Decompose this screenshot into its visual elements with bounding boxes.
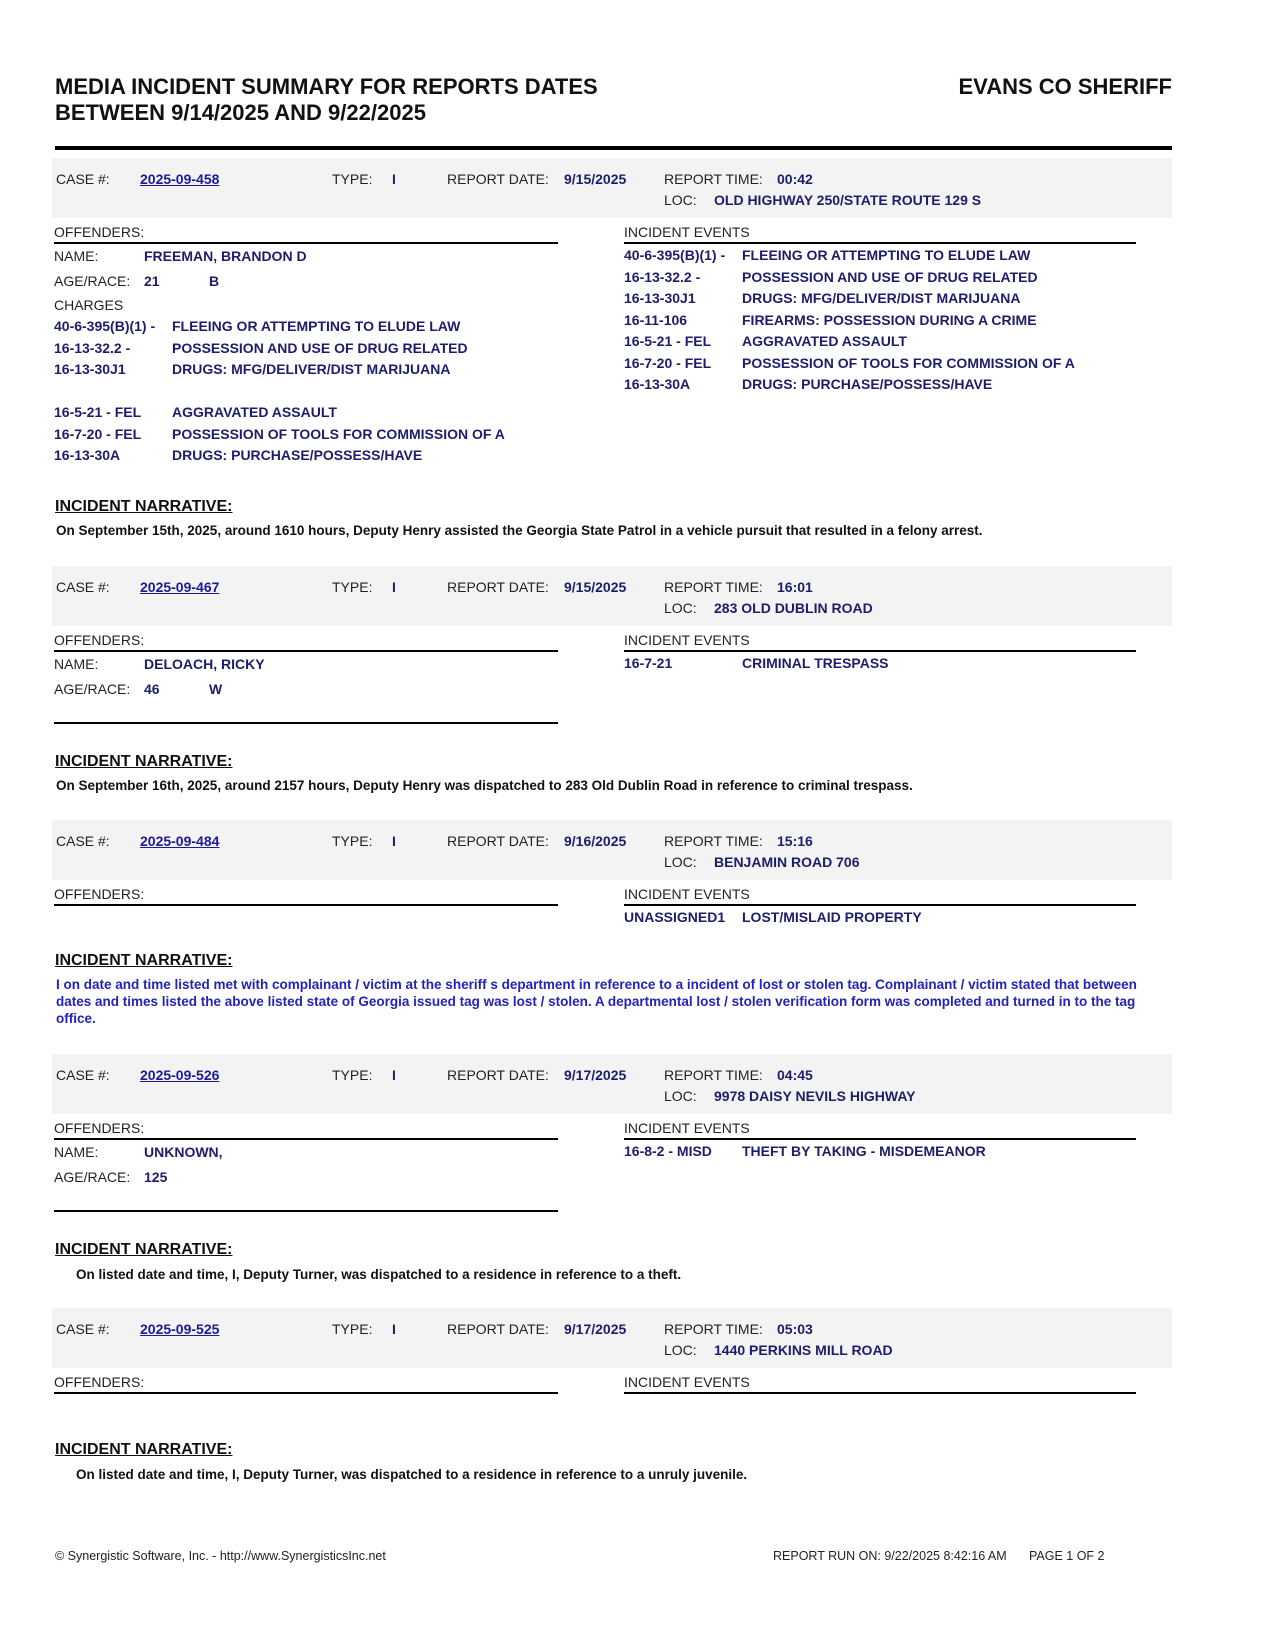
statute-code: 16-8-2 - MISD (624, 1141, 712, 1163)
statute-code: 16-13-30A (54, 445, 120, 467)
report-date-value: 9/16/2025 (564, 833, 626, 849)
report-date-label: REPORT DATE: (447, 833, 549, 849)
list-item: 16-13-30ADRUGS: PURCHASE/POSSESS/HAVE (624, 374, 1136, 396)
offender-race: W (209, 678, 222, 700)
offenders-end-rule (54, 722, 558, 724)
list-item: 16-7-20 - FELPOSSESSION OF TOOLS FOR COM… (54, 424, 558, 446)
offenders-section: OFFENDERS: (54, 884, 558, 906)
offense-description: CRIMINAL TRESPASS (742, 653, 889, 675)
offenders-label: OFFENDERS: (54, 884, 558, 906)
case-header: CASE #: 2025-09-467 TYPE: I REPORT DATE:… (52, 566, 1172, 626)
statute-code: 16-7-21 (624, 653, 672, 675)
report-date-label: REPORT DATE: (447, 1321, 549, 1337)
statute-code: 16-13-32.2 - (54, 338, 130, 360)
name-label: NAME: (54, 1141, 98, 1163)
name-label: NAME: (54, 245, 98, 267)
events-list: 40-6-395(B)(1) -FLEEING OR ATTEMPTING TO… (624, 245, 1136, 396)
offender-age: 125 (144, 1166, 167, 1188)
narrative-heading: INCIDENT NARRATIVE: (55, 952, 232, 970)
incident-events-label: INCIDENT EVENTS (624, 630, 1136, 652)
offense-description: DRUGS: MFG/DELIVER/DIST MARIJUANA (172, 359, 450, 381)
report-header: MEDIA INCIDENT SUMMARY FOR REPORTS DATES… (55, 74, 1172, 126)
statute-code: 16-13-30J1 (54, 359, 126, 381)
location-label: LOC: (664, 854, 697, 870)
type-value: I (392, 579, 396, 595)
location-value: OLD HIGHWAY 250/STATE ROUTE 129 S (714, 192, 981, 208)
offender-name-row: NAME: UNKNOWN, (54, 1141, 558, 1163)
case-block: CASE #: 2025-09-467 TYPE: I REPORT DATE:… (52, 566, 1172, 630)
offender-name-row: NAME: FREEMAN, BRANDON D (54, 245, 558, 267)
case-number-link[interactable]: 2025-09-526 (140, 1067, 219, 1083)
report-date-label: REPORT DATE: (447, 171, 549, 187)
statute-code: 40-6-395(B)(1) - (54, 316, 155, 338)
report-date-label: REPORT DATE: (447, 1067, 549, 1083)
report-title: MEDIA INCIDENT SUMMARY FOR REPORTS DATES… (55, 74, 675, 126)
incident-events-label: INCIDENT EVENTS (624, 222, 1136, 244)
incident-events-section: INCIDENT EVENTS (624, 1372, 1136, 1395)
incident-events-section: INCIDENT EVENTS 16-7-21CRIMINAL TRESPASS (624, 630, 1136, 675)
report-time-value: 15:16 (777, 833, 813, 849)
report-time-value: 05:03 (777, 1321, 813, 1337)
report-time-value: 00:42 (777, 171, 813, 187)
case-number-link[interactable]: 2025-09-484 (140, 833, 219, 849)
incident-events-label: INCIDENT EVENTS (624, 884, 1136, 906)
statute-code: 16-7-20 - FEL (624, 353, 711, 375)
location-label: LOC: (664, 600, 697, 616)
offense-description: AGGRAVATED ASSAULT (172, 402, 337, 424)
incident-events-section: INCIDENT EVENTS 40-6-395(B)(1) -FLEEING … (624, 222, 1136, 396)
age-race-label: AGE/RACE: (54, 270, 130, 292)
statute-code: 16-5-21 - FEL (54, 402, 141, 424)
narrative-heading: INCIDENT NARRATIVE: (55, 498, 232, 516)
events-list: UNASSIGNED1LOST/MISLAID PROPERTY (624, 907, 1136, 929)
case-block: CASE #: 2025-09-458 TYPE: I REPORT DATE:… (52, 158, 1172, 222)
list-item: 16-13-30ADRUGS: PURCHASE/POSSESS/HAVE (54, 445, 558, 467)
list-item: 40-6-395(B)(1) -FLEEING OR ATTEMPTING TO… (54, 316, 558, 338)
statute-code: 40-6-395(B)(1) - (624, 245, 725, 267)
list-item: UNASSIGNED1LOST/MISLAID PROPERTY (624, 907, 1136, 929)
name-label: NAME: (54, 653, 98, 675)
narrative-text: On September 16th, 2025, around 2157 hou… (56, 777, 1146, 794)
offender-age: 46 (144, 678, 160, 700)
offender-age-race-row: AGE/RACE: 46 W (54, 678, 558, 700)
incident-events-section: INCIDENT EVENTS 16-8-2 - MISDTHEFT BY TA… (624, 1118, 1136, 1163)
location-label: LOC: (664, 192, 697, 208)
list-item: 16-5-21 - FELAGGRAVATED ASSAULT (624, 331, 1136, 353)
report-date-label: REPORT DATE: (447, 579, 549, 595)
type-value: I (392, 1321, 396, 1337)
report-time-label: REPORT TIME: (664, 1067, 763, 1083)
report-time-value: 16:01 (777, 579, 813, 595)
list-item: 16-7-21CRIMINAL TRESPASS (624, 653, 1136, 675)
case-block: CASE #: 2025-09-484 TYPE: I REPORT DATE:… (52, 820, 1172, 884)
offense-description: THEFT BY TAKING - MISDEMEANOR (742, 1141, 986, 1163)
case-block: CASE #: 2025-09-526 TYPE: I REPORT DATE:… (52, 1054, 1172, 1118)
offense-description: DRUGS: PURCHASE/POSSESS/HAVE (742, 374, 992, 396)
offenders-section: OFFENDERS: (54, 1372, 558, 1394)
list-item: 16-8-2 - MISDTHEFT BY TAKING - MISDEMEAN… (624, 1141, 1136, 1163)
footer-report-run: REPORT RUN ON: 9/22/2025 8:42:16 AM (773, 1549, 1007, 1563)
case-number-link[interactable]: 2025-09-458 (140, 171, 219, 187)
case-block: CASE #: 2025-09-525 TYPE: I REPORT DATE:… (52, 1308, 1172, 1372)
charges-list: 40-6-395(B)(1) -FLEEING OR ATTEMPTING TO… (54, 316, 558, 467)
list-item: 16-13-32.2 -POSSESSION AND USE OF DRUG R… (624, 267, 1136, 289)
case-header: CASE #: 2025-09-484 TYPE: I REPORT DATE:… (52, 820, 1172, 880)
narrative-heading: INCIDENT NARRATIVE: (55, 1241, 232, 1259)
list-spacer (54, 381, 558, 403)
offense-description: POSSESSION OF TOOLS FOR COMMISSION OF A (742, 353, 1075, 375)
type-label: TYPE: (332, 833, 372, 849)
case-header: CASE #: 2025-09-458 TYPE: I REPORT DATE:… (52, 158, 1172, 218)
offense-description: DRUGS: MFG/DELIVER/DIST MARIJUANA (742, 288, 1020, 310)
offenders-section: OFFENDERS: NAME: UNKNOWN, AGE/RACE: 125 (54, 1118, 558, 1212)
case-label: CASE #: (56, 1067, 110, 1083)
location-value: 9978 DAISY NEVILS HIGHWAY (714, 1088, 916, 1104)
age-race-label: AGE/RACE: (54, 1166, 130, 1188)
statute-code: 16-11-106 (624, 310, 687, 332)
list-item: 16-13-30J1DRUGS: MFG/DELIVER/DIST MARIJU… (54, 359, 558, 381)
offenders-label: OFFENDERS: (54, 630, 558, 652)
location-label: LOC: (664, 1088, 697, 1104)
offender-age: 21 (144, 270, 160, 292)
events-list: 16-7-21CRIMINAL TRESPASS (624, 653, 1136, 675)
offenders-section: OFFENDERS: NAME: FREEMAN, BRANDON D AGE/… (54, 222, 558, 467)
type-label: TYPE: (332, 1067, 372, 1083)
offense-description: FIREARMS: POSSESSION DURING A CRIME (742, 310, 1037, 332)
offense-description: POSSESSION OF TOOLS FOR COMMISSION OF A (172, 424, 505, 446)
narrative-heading: INCIDENT NARRATIVE: (55, 753, 232, 771)
type-label: TYPE: (332, 1321, 372, 1337)
offenders-label: OFFENDERS: (54, 1118, 558, 1140)
statute-code: 16-7-20 - FEL (54, 424, 141, 446)
offender-age-race-row: AGE/RACE: 21 B (54, 270, 558, 292)
report-time-label: REPORT TIME: (664, 1321, 763, 1337)
statute-code: 16-13-30A (624, 374, 690, 396)
list-item: 16-7-20 - FELPOSSESSION OF TOOLS FOR COM… (624, 353, 1136, 375)
case-header: CASE #: 2025-09-525 TYPE: I REPORT DATE:… (52, 1308, 1172, 1368)
statute-code: UNASSIGNED1 (624, 907, 725, 929)
list-item: 16-5-21 - FELAGGRAVATED ASSAULT (54, 402, 558, 424)
offender-age-race-row: AGE/RACE: 125 (54, 1166, 558, 1188)
case-label: CASE #: (56, 1321, 110, 1337)
footer-page-number: PAGE 1 OF 2 (1029, 1549, 1105, 1563)
narrative-text: On listed date and time, I, Deputy Turne… (76, 1266, 1166, 1283)
offender-name: FREEMAN, BRANDON D (144, 245, 307, 267)
location-label: LOC: (664, 1342, 697, 1358)
statute-code: 16-13-30J1 (624, 288, 696, 310)
narrative-text: On listed date and time, I, Deputy Turne… (76, 1466, 1166, 1483)
offense-description: POSSESSION AND USE OF DRUG RELATED (742, 267, 1038, 289)
list-item: 16-13-32.2 -POSSESSION AND USE OF DRUG R… (54, 338, 558, 360)
case-header: CASE #: 2025-09-526 TYPE: I REPORT DATE:… (52, 1054, 1172, 1114)
statute-code: 16-5-21 - FEL (624, 331, 711, 353)
offenders-label: OFFENDERS: (54, 222, 558, 244)
offenders-end-rule (54, 1210, 558, 1212)
offense-description: FLEEING OR ATTEMPTING TO ELUDE LAW (742, 245, 1030, 267)
incident-events-section: INCIDENT EVENTS UNASSIGNED1LOST/MISLAID … (624, 884, 1136, 929)
footer-copyright: © Synergistic Software, Inc. - http://ww… (55, 1549, 386, 1563)
report-time-label: REPORT TIME: (664, 833, 763, 849)
offenders-label: OFFENDERS: (54, 1372, 558, 1394)
narrative-heading: INCIDENT NARRATIVE: (55, 1441, 232, 1459)
report-date-value: 9/17/2025 (564, 1067, 626, 1083)
agency-name: EVANS CO SHERIFF (958, 74, 1172, 100)
offense-description: DRUGS: PURCHASE/POSSESS/HAVE (172, 445, 422, 467)
report-time-value: 04:45 (777, 1067, 813, 1083)
list-item: 40-6-395(B)(1) -FLEEING OR ATTEMPTING TO… (624, 245, 1136, 267)
report-date-value: 9/17/2025 (564, 1321, 626, 1337)
events-list: 16-8-2 - MISDTHEFT BY TAKING - MISDEMEAN… (624, 1141, 1136, 1163)
type-label: TYPE: (332, 579, 372, 595)
narrative-text: On September 15th, 2025, around 1610 hou… (56, 522, 1146, 539)
type-value: I (392, 1067, 396, 1083)
offender-name: UNKNOWN, (144, 1141, 223, 1163)
incident-events-label: INCIDENT EVENTS (624, 1118, 1136, 1140)
report-time-label: REPORT TIME: (664, 171, 763, 187)
report-time-label: REPORT TIME: (664, 579, 763, 595)
offense-description: AGGRAVATED ASSAULT (742, 331, 907, 353)
report-date-value: 9/15/2025 (564, 579, 626, 595)
offender-name: DELOACH, RICKY (144, 653, 265, 675)
case-label: CASE #: (56, 171, 110, 187)
case-number-link[interactable]: 2025-09-467 (140, 579, 219, 595)
offenders-section: OFFENDERS: NAME: DELOACH, RICKY AGE/RACE… (54, 630, 558, 724)
case-label: CASE #: (56, 833, 110, 849)
incident-events-label: INCIDENT EVENTS (624, 1372, 1136, 1394)
narrative-text: I on date and time listed met with compl… (56, 976, 1146, 1027)
statute-code: 16-13-32.2 - (624, 267, 700, 289)
offense-description: FLEEING OR ATTEMPTING TO ELUDE LAW (172, 316, 460, 338)
offender-name-row: NAME: DELOACH, RICKY (54, 653, 558, 675)
header-divider (55, 146, 1172, 150)
location-value: 283 OLD DUBLIN ROAD (714, 600, 873, 616)
case-label: CASE #: (56, 579, 110, 595)
age-race-label: AGE/RACE: (54, 678, 130, 700)
location-value: BENJAMIN ROAD 706 (714, 854, 859, 870)
list-item: 16-13-30J1DRUGS: MFG/DELIVER/DIST MARIJU… (624, 288, 1136, 310)
offender-race: B (209, 270, 219, 292)
location-value: 1440 PERKINS MILL ROAD (714, 1342, 893, 1358)
offense-description: LOST/MISLAID PROPERTY (742, 907, 922, 929)
report-date-value: 9/15/2025 (564, 171, 626, 187)
charges-label: CHARGES (54, 294, 558, 316)
list-item: 16-11-106FIREARMS: POSSESSION DURING A C… (624, 310, 1136, 332)
type-label: TYPE: (332, 171, 372, 187)
case-number-link[interactable]: 2025-09-525 (140, 1321, 219, 1337)
offense-description: POSSESSION AND USE OF DRUG RELATED (172, 338, 468, 360)
type-value: I (392, 833, 396, 849)
type-value: I (392, 171, 396, 187)
